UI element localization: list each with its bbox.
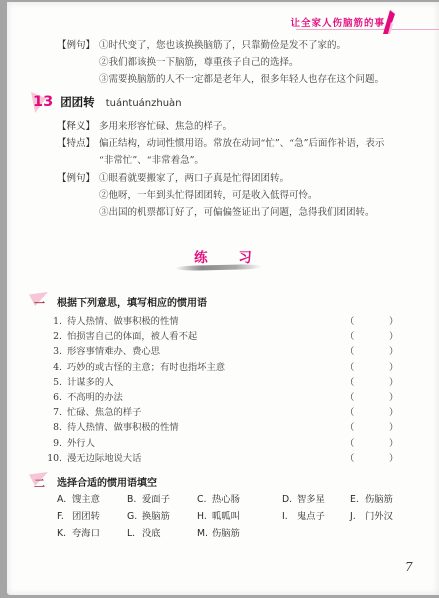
answer-blank-close: ） — [389, 344, 398, 359]
option-item: F.团团转 — [57, 508, 127, 525]
section-two-marker: 二 — [34, 475, 45, 491]
answer-blank-open: （ — [345, 375, 354, 390]
option-text: 爱面子 — [142, 494, 170, 505]
option-key: F. — [57, 508, 69, 525]
option-key: C. — [197, 491, 209, 508]
entry-headword: 13 团团转 tuántuánzhuàn — [33, 94, 182, 110]
example-sentences: ①眼看就要搬家了，两口子真是忙得团团转。 ②他呀，一年到头忙得团团转，可是收入低… — [99, 170, 375, 221]
example-sentence: ①时代变了，您也该换换脑筋了，只靠勤俭是发不了家的。 — [99, 37, 384, 54]
option-text: 热心肠 — [212, 494, 240, 505]
example-sentences: ①时代变了，您也该换换脑筋了，只靠勤俭是发不了家的。 ②我们都该换一下脑筋，尊重… — [99, 37, 384, 88]
item-text: 忙碌、焦急的样子 — [67, 405, 141, 420]
option-key: E. — [350, 491, 362, 508]
option-key: A. — [57, 491, 69, 508]
item-text: 巧妙的或古怪的主意；有时也指坏主意 — [67, 360, 225, 375]
answer-blank-close: ） — [389, 436, 398, 451]
answer-blank-open: （ — [345, 420, 354, 435]
option-item: M.伤脑筋 — [197, 525, 282, 542]
item-text: 不高明的办法 — [67, 390, 123, 405]
list-item: 7. 忙碌、焦急的样子 （ ） — [40, 405, 406, 420]
option-text: 伤脑筋 — [365, 494, 393, 505]
option-key: I. — [282, 508, 294, 525]
answer-blank-close: ） — [389, 375, 398, 390]
option-item: A.馊主意 — [57, 491, 127, 508]
option-item: L.没底 — [127, 525, 197, 542]
item-number: 9. — [40, 436, 62, 451]
option-key: M. — [197, 525, 209, 542]
item-number: 8. — [40, 420, 62, 435]
list-item: 1. 待人热情、做事积极的性情 （ ） — [40, 314, 406, 329]
list-item: 8. 待人热情、做事积极的性情 （ ） — [40, 420, 406, 435]
feature-label: 【特点】 — [57, 135, 99, 169]
option-text: 鬼点子 — [297, 511, 325, 522]
list-item: 3. 形容事情难办、费心思 （ ） — [40, 344, 406, 359]
option-bank: A.馊主意 B.爱面子 C.热心肠 D.智多星 E.伤脑筋 F.团团转 G.换脑… — [57, 491, 393, 543]
item-number: 5. — [40, 375, 62, 390]
option-item: I.鬼点子 — [282, 508, 350, 525]
item-text: 计谋多的人 — [67, 375, 114, 390]
chapter-title-header: 让全家人伤脑筋的事 — [290, 15, 385, 29]
answer-blank-open: （ — [345, 405, 354, 420]
example-block-entry-13: 【例句】 ①眼看就要搬家了，两口子真是忙得团团转。 ②他呀，一年到头忙得团团转，… — [57, 170, 429, 221]
item-text: 形容事情难办、费心思 — [67, 344, 160, 359]
option-text: 呱呱叫 — [212, 511, 240, 522]
answer-blank-close: ） — [389, 405, 398, 420]
answer-blank-close: ） — [389, 451, 398, 466]
option-text: 门外汉 — [365, 511, 393, 522]
entry-pinyin: tuántuánzhuàn — [106, 98, 182, 109]
item-text: 待人热情、做事积极的性情 — [67, 420, 179, 435]
item-text: 漫无边际地说大话 — [67, 451, 141, 466]
option-key: J. — [350, 508, 362, 525]
feature-row: 【特点】 偏正结构，动词性惯用语。常放在动词“忙”、“急”后面作补语，表示 “非… — [57, 135, 429, 169]
entry-number: 13 — [33, 94, 53, 110]
example-sentence: ②他呀，一年到头忙得团团转，可是收入低得可怜。 — [99, 187, 375, 204]
feature-line: 偏正结构，动词性惯用语。常放在动词“忙”、“急”后面作补语，表示 — [99, 135, 384, 152]
option-item: H.呱呱叫 — [197, 508, 282, 525]
page-number: 7 — [405, 560, 413, 574]
option-key: G. — [127, 508, 139, 525]
option-item: D.智多星 — [282, 491, 350, 508]
example-sentence: ①眼看就要搬家了，两口子真是忙得团团转。 — [99, 170, 375, 187]
option-item: C.热心肠 — [197, 491, 282, 508]
answer-blank-close: ） — [389, 390, 398, 405]
scanned-book-spread: 让全家人伤脑筋的事 【例句】 ①时代变了，您也该换换脑筋了，只靠勤俭是发不了家的… — [0, 0, 439, 598]
definition-text: 多用来形容忙碌、焦急的样子。 — [99, 118, 232, 135]
list-item: 5. 计谋多的人 （ ） — [40, 375, 406, 390]
option-key: K. — [57, 525, 69, 542]
list-item: 9. 外行人 （ ） — [40, 436, 406, 451]
option-key: H. — [197, 508, 209, 525]
item-number: 2. — [40, 329, 62, 344]
definition-row: 【释义】 多用来形容忙碌、焦急的样子。 — [57, 118, 429, 135]
option-key: L. — [127, 525, 139, 542]
item-number: 10. — [40, 451, 62, 466]
option-item: G.换脑筋 — [127, 508, 197, 525]
answer-blank-open: （ — [345, 451, 354, 466]
option-item: J.门外汉 — [350, 508, 393, 525]
example-sentence: ③出国的机票都订好了，可偏偏签证出了问题，急得我们团团转。 — [99, 204, 375, 221]
option-item: K.夸海口 — [57, 525, 127, 542]
option-text: 换脑筋 — [142, 511, 170, 522]
section-one-marker: 一 — [34, 295, 45, 311]
option-text: 伤脑筋 — [212, 528, 240, 539]
item-number: 6. — [40, 390, 62, 405]
practice-section-title: 练 习 — [7, 246, 439, 266]
answer-blank-close: ） — [389, 314, 398, 329]
list-item: 2. 怕损害自己的体面，被人看不起 （ ） — [40, 329, 406, 344]
option-text: 团团转 — [72, 511, 100, 522]
option-key: D. — [282, 491, 294, 508]
item-number: 7. — [40, 405, 62, 420]
fill-in-list: 1. 待人热情、做事积极的性情 （ ） 2. 怕损害自己的体面，被人看不起 （ … — [40, 314, 406, 466]
pen-nib-icon — [379, 8, 399, 36]
item-number: 4. — [40, 360, 62, 375]
list-item: 6. 不高明的办法 （ ） — [40, 390, 406, 405]
answer-blank-close: ） — [389, 420, 398, 435]
option-item: B.爱面子 — [127, 491, 197, 508]
definition-label: 【释义】 — [57, 118, 99, 135]
list-item: 10. 漫无边际地说大话 （ ） — [40, 451, 406, 466]
feature-line: “非常忙”、“非常着急”。 — [99, 152, 384, 169]
answer-blank-open: （ — [345, 329, 354, 344]
item-text: 待人热情、做事积极的性情 — [67, 314, 179, 329]
example-sentence: ②我们都该换一下脑筋，尊重孩子自己的选择。 — [99, 54, 384, 71]
option-text: 没底 — [142, 528, 161, 539]
option-item: E.伤脑筋 — [350, 491, 393, 508]
answer-blank-open: （ — [345, 436, 354, 451]
item-text: 怕损害自己的体面，被人看不起 — [67, 329, 197, 344]
answer-blank-open: （ — [345, 390, 354, 405]
answer-blank-open: （ — [345, 360, 354, 375]
answer-blank-close: ） — [389, 329, 398, 344]
option-text: 馊主意 — [72, 494, 100, 505]
example-block-previous-entry: 【例句】 ①时代变了，您也该换换脑筋了，只靠勤俭是发不了家的。 ②我们都该换一下… — [57, 37, 429, 88]
feature-text: 偏正结构，动词性惯用语。常放在动词“忙”、“急”后面作补语，表示 “非常忙”、“… — [99, 135, 384, 169]
example-sentence: ③需要换脑筋的人不一定都是老年人，很多年轻人也存在这个问题。 — [99, 71, 384, 88]
answer-blank-open: （ — [345, 344, 354, 359]
item-number: 1. — [40, 314, 62, 329]
option-text: 夸海口 — [72, 528, 100, 539]
entry-word: 团团转 — [60, 94, 95, 110]
example-label: 【例句】 — [57, 170, 99, 221]
item-number: 3. — [40, 344, 62, 359]
option-text: 智多星 — [297, 494, 325, 505]
answer-blank-open: （ — [345, 314, 354, 329]
item-text: 外行人 — [67, 436, 95, 451]
section-one-heading: 根据下列意思，填写相应的惯用语 — [57, 294, 207, 309]
example-label: 【例句】 — [57, 37, 99, 88]
answer-blank-close: ） — [389, 360, 398, 375]
section-two-heading: 选择合适的惯用语填空 — [57, 474, 157, 489]
header-rule — [296, 29, 439, 30]
option-key: B. — [127, 491, 139, 508]
list-item: 4. 巧妙的或古怪的主意；有时也指坏主意 （ ） — [40, 360, 406, 375]
